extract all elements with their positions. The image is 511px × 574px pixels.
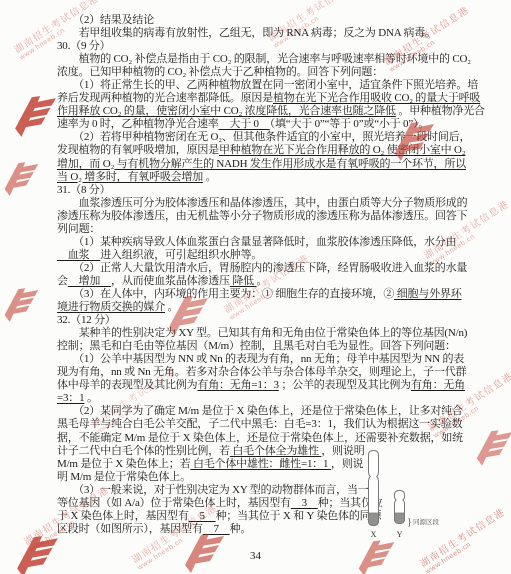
- x-chromosome-label: X: [371, 530, 377, 539]
- site-logo-watermark-icon: [474, 430, 511, 467]
- text-segment: 种。: [230, 523, 252, 535]
- text-line: 控制；黑毛和白毛由等位基因（M/m）控制，且黑毛对白毛为显性。回答下列问题：: [57, 340, 461, 353]
- answer-blank: 细胞与外界环: [394, 288, 461, 300]
- answer-blank: 植物在光下光合作用吸收 CO₂ 的量大于呼吸: [273, 92, 480, 104]
- text-line: 30.（9 分）: [57, 40, 461, 53]
- answer-blank: 5: [189, 510, 216, 522]
- text-segment: 31.（8 分）: [57, 184, 110, 196]
- text-segment: 若甲组收集的病毒有放射性，乙组无，即为 RNA 病毒；反之为 DNA 病毒。: [57, 27, 436, 39]
- text-segment: （1）将正常生长的甲、乙两种植物放置在同一密闭小室中，适宜条件下照光培养。培: [57, 79, 478, 91]
- text-segment: 现为有角，nn 或 Nn 无角。若多对杂合体公羊与杂合体母羊杂交，则理论上，子一…: [57, 366, 466, 378]
- text-line: 黑毛母羊与纯合白毛公羊交配，子二代中黑毛：白毛=3：1，我们认为根据这一实验数: [57, 418, 461, 431]
- y-homologous-region: [395, 513, 405, 524]
- text-segment: ，则说明: [321, 445, 364, 457]
- text-line: 速率为 0 时，乙种植物净光合速率 大于 0 （填“大于 0”“等于 0”或“小…: [57, 118, 461, 131]
- text-segment: M/m 是位于 X 染色体上；若: [57, 458, 190, 470]
- answer-blank: 作用释放 CO₂ 的量，使密闭小室中 CO₂ 浓度降低，光合速率也随之降低: [57, 105, 396, 117]
- homologous-region-label: 同源区段: [413, 517, 440, 526]
- answer-blank: 甲种植物在光下光合作用释放的 O₂ 使密闭小室中 O₂: [219, 144, 465, 156]
- text-segment: （填“大于 0”“等于 0”或“小于 0”）。: [270, 118, 429, 130]
- text-line: 列问题：: [57, 223, 461, 236]
- text-line: 会 增加 ，从而使血浆晶体渗透压 降低 。: [57, 275, 461, 288]
- text-line: 若甲组收集的病毒有放射性，乙组无，即为 RNA 病毒；反之为 DNA 病毒。: [57, 27, 461, 40]
- text-segment: 于 X 染色体上时，基因型有: [57, 510, 189, 522]
- answer-blank: =3：1: [57, 392, 84, 404]
- answer-blank: 当 O₂ 增多时，有氧呼吸会增加: [57, 171, 203, 183]
- text-segment: 会: [57, 275, 68, 287]
- text-segment: 浓度。已知甲种植物的 CO₂ 补偿点大于乙种植物的。回答下列问题：: [57, 66, 383, 78]
- text-segment: 。: [257, 275, 268, 287]
- text-segment: 进入组织液，可引起组织水肿等。: [100, 249, 262, 261]
- text-line: 养后发现两种植物的光合速率都降低。原因是植物在光下光合作用吸收 CO₂ 的量大于…: [57, 92, 461, 105]
- text-segment: 32.（12 分）: [57, 314, 116, 326]
- text-line: （2）某同学为了确定 M/m 是位于 X 染色体上，还是位于常染色体上，让多对纯…: [57, 405, 461, 418]
- text-segment: 种；当其位于 X 和 Y 染色体的同源: [216, 510, 382, 522]
- text-segment: （3）一般来说，对于性别决定为 XY 型的动物群体而言，当一对: [57, 484, 379, 496]
- text-line: 境进行物质交换的媒介 。: [57, 301, 461, 314]
- text-line: 植物的 CO₂ 补偿点是指由于 CO₂ 的限制，光合速率与呼吸速率相等时环境中的…: [57, 53, 461, 66]
- text-segment: 某种羊的性别决定为 XY 型。已知其有角和无角由位于常染色体上的等位基因(N/n…: [57, 327, 467, 339]
- text-segment: （3）在人体中，内环境的作用主要为：① 细胞生存的直接环境，②: [57, 288, 394, 300]
- text-segment: 体中母羊的表现型及其比例为: [57, 379, 197, 391]
- text-segment: 据，不能确定 M/m 是位于 X 染色体上，还是位于常染色体上，还需要补充数据，…: [57, 432, 463, 444]
- text-segment: 30.（9 分）: [57, 40, 110, 52]
- text-line: 作用释放 CO₂ 的量，使密闭小室中 CO₂ 浓度降低，光合速率也随之降低 。甲…: [57, 105, 461, 118]
- answer-blank: 大于 0: [219, 118, 270, 130]
- text-line: =3：1 。: [57, 392, 461, 405]
- x-homologous-region: [369, 513, 379, 526]
- text-segment: （2）正常人大量饮用清水后，胃肠腔内的渗透压下降，经胃肠吸收进入血浆的水量: [57, 262, 467, 274]
- text-segment: （1）公羊中基因型为 NN 或 Nn 的表现为有角，nn 无角；母羊中基因型为 …: [57, 353, 464, 365]
- text-line: 发现植物的有氧呼吸增加，原因是甲种植物在光下光合作用释放的 O₂ 使密闭小室中 …: [57, 144, 461, 157]
- page-number: 34: [0, 550, 511, 562]
- text-segment: 植物的 CO₂ 补偿点是指由于 CO₂ 的限制，光合速率与呼吸速率相等时环境中的…: [57, 53, 471, 65]
- text-line: （3）在人体中，内环境的作用主要为：① 细胞生存的直接环境，② 细胞与外界环: [57, 288, 461, 301]
- site-logo-watermark-icon: [2, 162, 40, 197]
- text-segment: 速率为 0 时，乙种植物净光合速率: [57, 118, 219, 130]
- answer-blank: 增加: [68, 275, 111, 287]
- answer-blank: 血浆: [57, 249, 100, 261]
- text-segment: 。: [84, 392, 97, 404]
- text-segment: 等位基因（如 A/a）位于常染色体上时，基因型有: [57, 497, 291, 509]
- answer-blank: 3: [291, 497, 318, 509]
- text-segment: （2）结果及结论: [57, 14, 154, 26]
- text-segment: （2）某同学为了确定 M/m 是位于 X 染色体上，还是位于常染色体上，让多对纯…: [57, 405, 463, 417]
- text-segment: 。甲种植物净光合: [396, 105, 485, 117]
- x-chromosome: [369, 451, 379, 526]
- text-segment: （2）若将甲种植物密闭在无 O₂、但其他条件适宜的小室中，照光培养一段时间后，: [57, 131, 470, 143]
- answer-blank: 降低: [230, 275, 257, 287]
- site-logo-watermark-icon: [12, 96, 58, 138]
- text-line: 血浆 进入组织液，可引起组织水肿等。: [57, 249, 461, 262]
- brace-glyph: }: [407, 517, 412, 528]
- y-chromosome-label: Y: [397, 530, 403, 539]
- text-segment: 血浆渗透压可分为胶体渗透压和晶体渗透压，其中，由蛋白质等大分子物质形成的: [57, 197, 467, 209]
- text-line: （2）若将甲种植物密闭在无 O₂、但其他条件适宜的小室中，照光培养一段时间后，: [57, 131, 461, 144]
- text-line: 现为有角，nn 或 Nn 无角。若多对杂合体公羊与杂合体母羊杂交，则理论上，子一…: [57, 366, 461, 379]
- text-line: （1）某种疾病导致人体血浆蛋白含量显著降低时，血浆胶体渗透压降低，水分由: [57, 236, 461, 249]
- text-segment: 区段时（如图所示），基因型有: [57, 523, 203, 535]
- answer-blank: 有角：无角: [411, 379, 465, 391]
- text-segment: ，则说: [331, 458, 363, 470]
- text-line: （2）结果及结论: [57, 14, 461, 27]
- answer-blank: 境进行物质交换的媒介: [57, 301, 165, 313]
- text-line: （2）正常人大量饮用清水后，胃肠腔内的渗透压下降，经胃肠吸收进入血浆的水量: [57, 262, 461, 275]
- text-line: 某种羊的性别决定为 XY 型。已知其有角和无角由位于常染色体上的等位基因(N/n…: [57, 327, 461, 340]
- text-line: 32.（12 分）: [57, 314, 461, 327]
- text-line: 据，不能确定 M/m 是位于 X 染色体上，还是位于常染色体上，还需要补充数据，…: [57, 432, 461, 445]
- site-logo-watermark-icon: [2, 288, 40, 323]
- text-line: 渗透压称为胶体渗透压，由无机盐等小分子物质形成的渗透压称为晶体渗透压。回答下: [57, 210, 461, 223]
- y-chromosome: [395, 491, 405, 524]
- text-segment: 发现植物的有氧呼吸增加，原因是: [57, 144, 219, 156]
- answer-blank: 白毛个体中雄性：雌性=1：1: [190, 458, 331, 470]
- text-line: 增加，而 O₂ 与有机物分解产生的 NADH 发生作用形成水是有氧呼吸的一个环节…: [57, 158, 461, 171]
- scanned-answer-page: （2）结果及结论 若甲组收集的病毒有放射性，乙组无，即为 RNA 病毒；反之为 …: [0, 0, 511, 574]
- text-segment: 养后发现两种植物的光合速率都降低。原因是: [57, 92, 273, 104]
- text-segment: ；公羊的表现型及其比例为: [279, 379, 411, 391]
- text-line: 浓度。已知甲种植物的 CO₂ 补偿点大于乙种植物的。回答下列问题：: [57, 66, 461, 79]
- answer-blank: 有角：无角=1：3: [197, 379, 278, 391]
- text-segment: 。: [203, 171, 216, 183]
- xy-chromosome-figure: X Y } 同源区段: [362, 448, 472, 546]
- text-segment: 渗透压称为胶体渗透压，由无机盐等小分子物质形成的渗透压称为晶体渗透压。回答下: [57, 210, 467, 222]
- answer-blank: 增加，而 O₂ 与有机物分解产生的 NADH 发生作用形成水是有氧呼吸的一个环节…: [57, 158, 466, 170]
- text-segment: 。: [165, 301, 178, 313]
- text-line: （1）将正常生长的甲、乙两种植物放置在同一密闭小室中，适宜条件下照光培养。培: [57, 79, 461, 92]
- text-segment: 列问题：: [57, 223, 100, 235]
- text-line: （1）公羊中基因型为 NN 或 Nn 的表现为有角，nn 无角；母羊中基因型为 …: [57, 353, 461, 366]
- text-segment: 计子二代中白毛个体的性别比例，若: [57, 445, 230, 457]
- text-segment: ，从而使血浆晶体渗透压: [111, 275, 230, 287]
- answer-blank: 7: [203, 523, 230, 535]
- text-line: 体中母羊的表现型及其比例为有角：无角=1：3 ；公羊的表现型及其比例为有角：无角: [57, 379, 461, 392]
- text-line: 31.（8 分）: [57, 184, 461, 197]
- text-segment: 明 M/m 是位于常染色体上。: [57, 471, 191, 483]
- text-segment: 黑毛母羊与纯合白毛公羊交配，子二代中黑毛：白毛=3：1，我们认为根据这一实验数: [57, 418, 462, 430]
- text-line: 当 O₂ 增多时，有氧呼吸会增加 。: [57, 171, 461, 184]
- text-line: 血浆渗透压可分为胶体渗透压和晶体渗透压，其中，由蛋白质等大分子物质形成的: [57, 197, 461, 210]
- text-segment: （1）某种疾病导致人体血浆蛋白含量显著降低时，血浆胶体渗透压降低，水分由: [57, 236, 456, 248]
- answer-blank: 白毛个体全为雄性: [230, 445, 322, 457]
- text-segment: 控制；黑毛和白毛由等位基因（M/m）控制，且黑毛对白毛为显性。回答下列问题：: [57, 340, 456, 352]
